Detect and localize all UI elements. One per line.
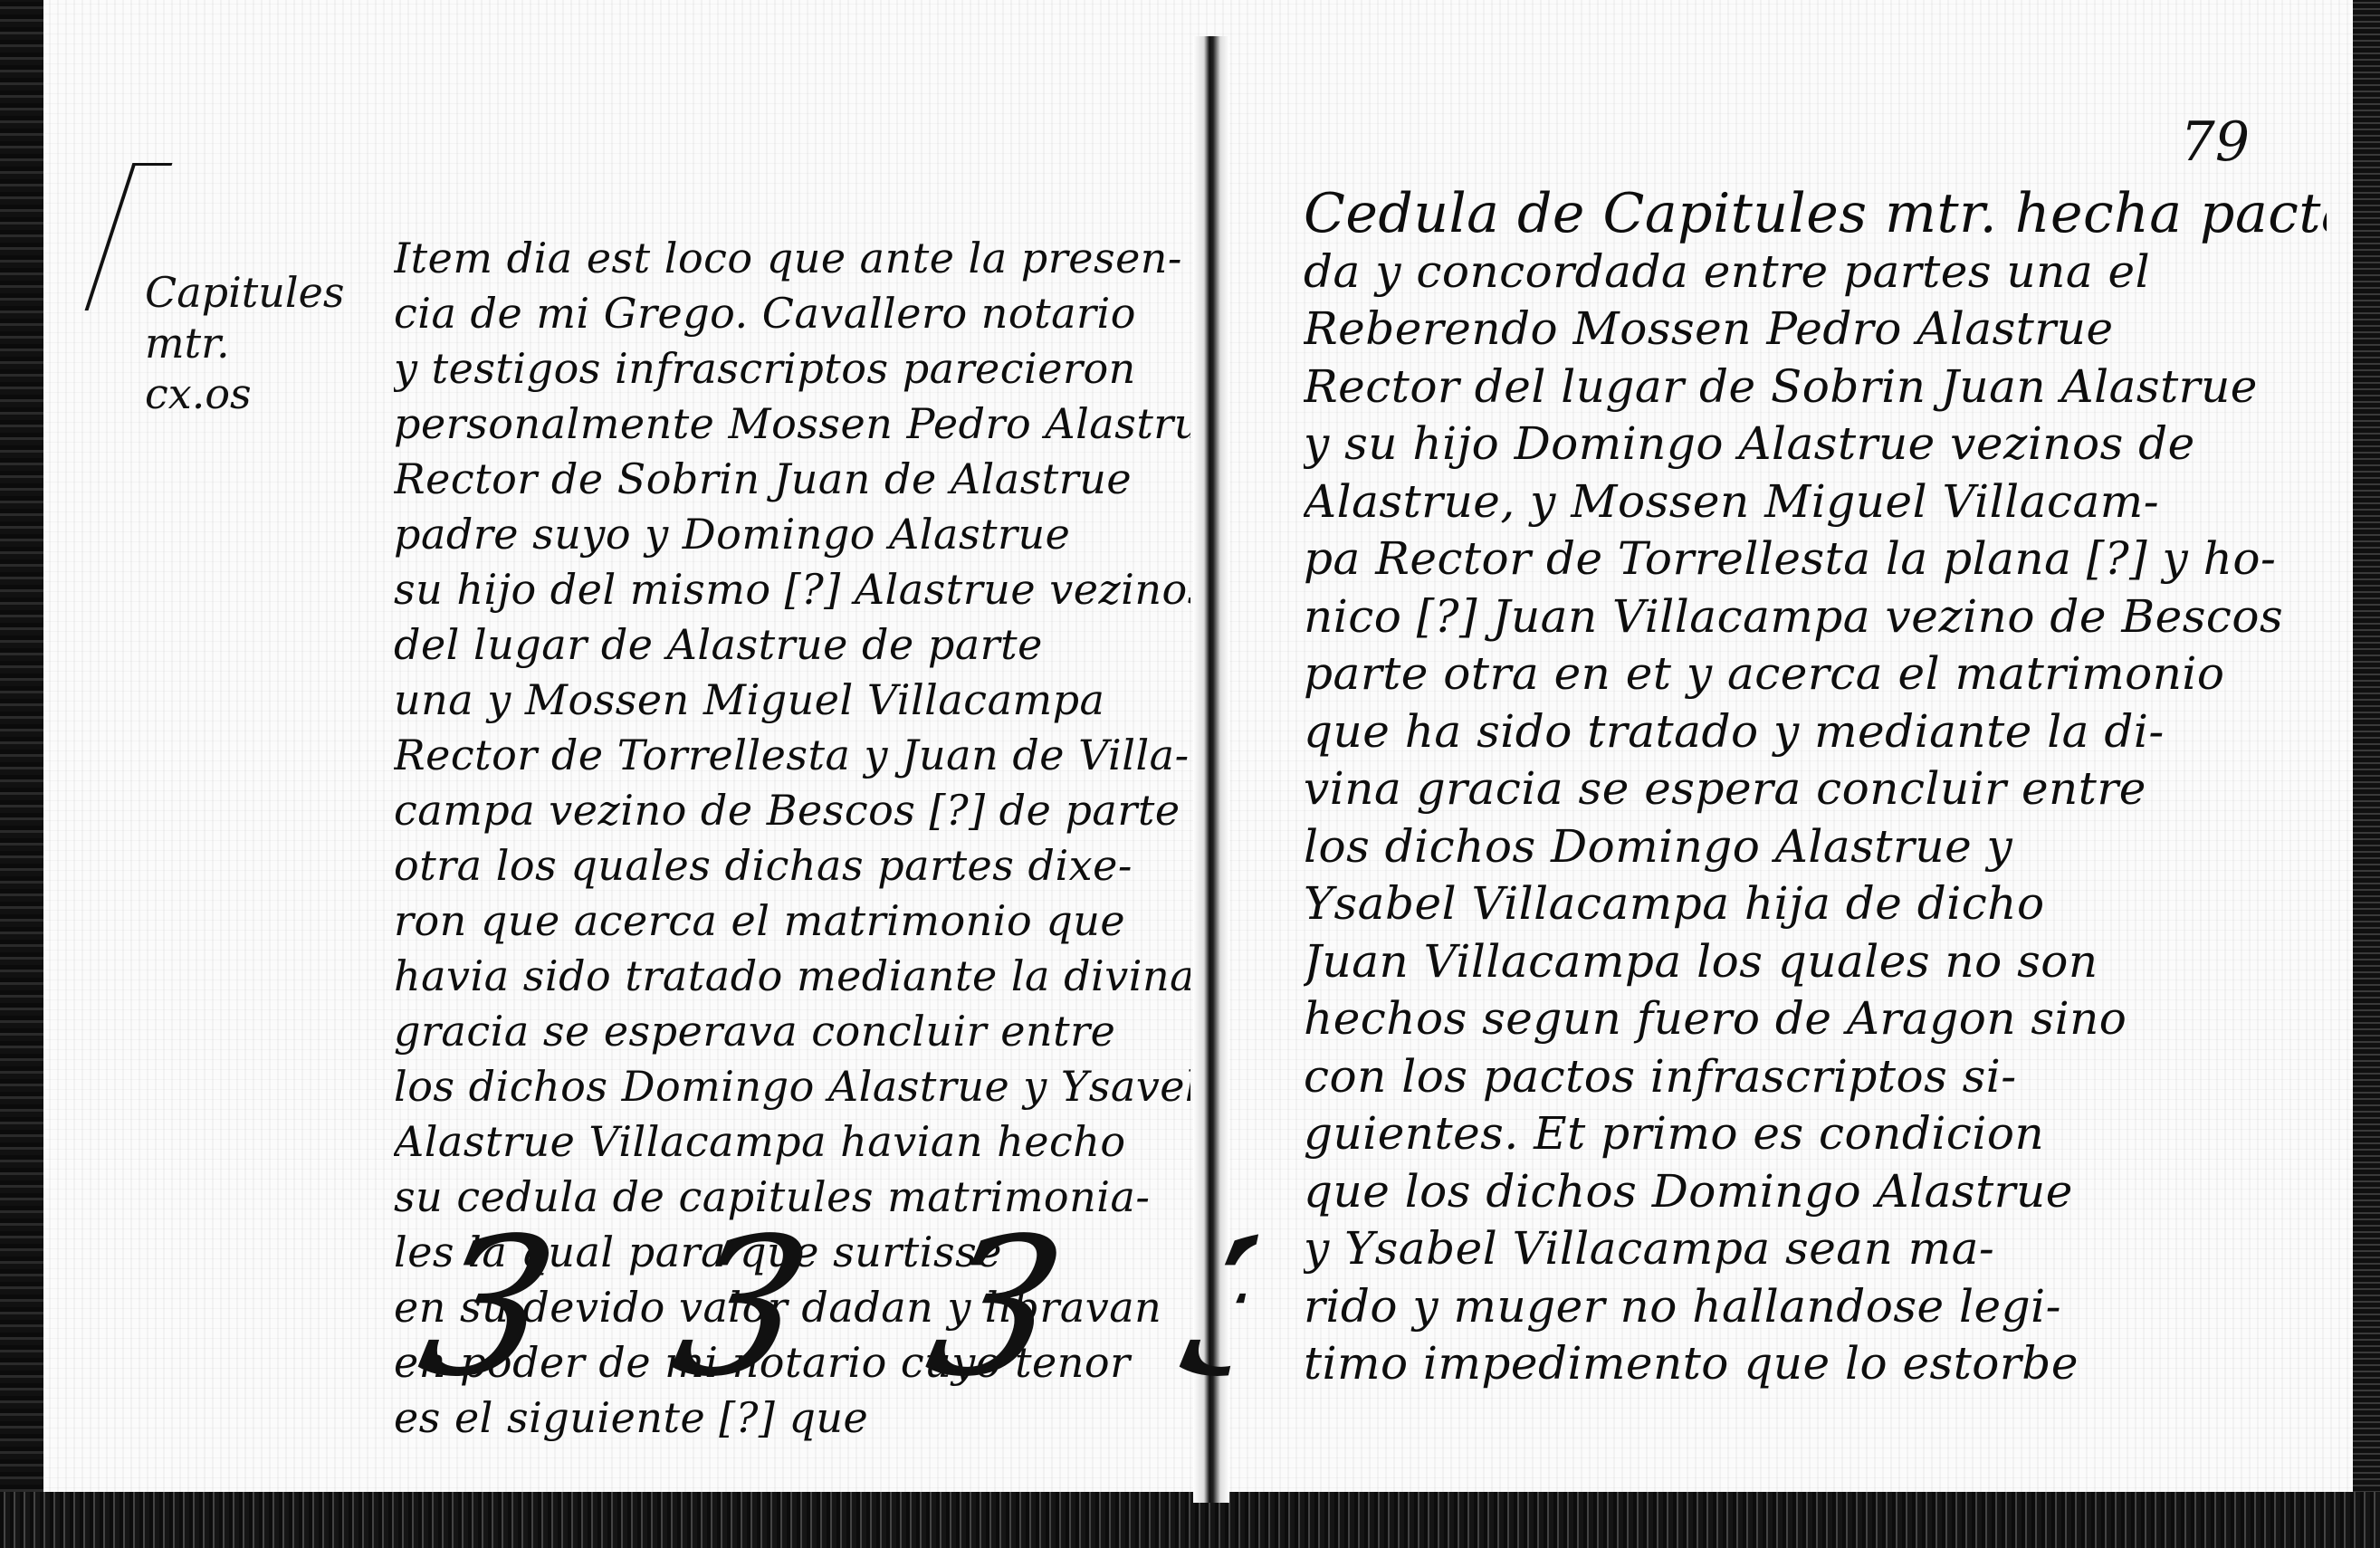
text-line: Rector de Torrellesta y Juan de Villa-	[394, 728, 1190, 783]
left-page: Capitules mtr. cx.os Item dia est loco q…	[54, 36, 1190, 1492]
text-line: del lugar de Alastrue de parte	[394, 617, 1190, 673]
text-line: padre suyo y Domingo Alastrue	[394, 507, 1190, 562]
text-line: personalmente Mossen Pedro Alastrue	[394, 397, 1190, 452]
text-line: Item dia est loco que ante la presen-	[394, 231, 1190, 286]
text-line: pa Rector de Torrellesta la plana [?] y …	[1304, 530, 2327, 588]
text-line: una y Mossen Miguel Villacampa	[394, 673, 1190, 728]
text-line: Ysabel Villacampa hija de dicho	[1304, 875, 2327, 933]
text-line: que ha sido tratado y mediante la di-	[1304, 703, 2327, 761]
text-line: rido y muger no hallandose legi-	[1304, 1278, 2327, 1336]
text-line: con los pactos infrascriptos si-	[1304, 1048, 2327, 1106]
text-line: ron que acerca el matrimonio que	[394, 893, 1190, 949]
right-page: 79 Cedula de Capitules mtr. hecha pacta …	[1236, 36, 2349, 1492]
text-line: y Ysabel Villacampa sean ma-	[1304, 1220, 2327, 1278]
text-line: los dichos Domingo Alastrue y Ysavel	[394, 1059, 1190, 1114]
text-line: havia sido tratado mediante la divina	[394, 949, 1190, 1004]
margin-note: Capitules mtr. cx.os	[145, 267, 380, 419]
text-line: guientes. Et primo es condicion	[1304, 1105, 2327, 1163]
margin-note-line: Capitules	[145, 267, 380, 318]
scan-border-left	[0, 0, 43, 1548]
text-line: Juan Villacampa los quales no son	[1304, 933, 2327, 991]
margin-note-line: cx.os	[145, 368, 380, 419]
text-line: campa vezino de Bescos [?] de parte	[394, 783, 1190, 838]
right-page-text: Cedula de Capitules mtr. hecha pacta da …	[1304, 186, 2327, 1393]
margin-note-line: mtr.	[145, 318, 380, 368]
text-line: Reberendo Mossen Pedro Alastrue	[1304, 301, 2327, 358]
text-line: Alastrue, y Mossen Miguel Villacam-	[1304, 473, 2327, 531]
folio-number: 79	[2181, 110, 2250, 174]
closing-flourish-rubric: 3 3 3 3 3 3 3	[385, 1213, 1263, 1512]
text-line: Rector del lugar de Sobrin Juan Alastrue	[1304, 358, 2327, 416]
text-line: timo impedimento que lo estorbe	[1304, 1335, 2327, 1393]
heading-line: Cedula de Capitules mtr. hecha pacta	[1304, 186, 2327, 244]
scan-border-right	[2353, 0, 2380, 1548]
text-line: da y concordada entre partes una el	[1304, 244, 2327, 301]
text-line: los dichos Domingo Alastrue y	[1304, 818, 2327, 876]
text-line: hechos segun fuero de Aragon sino	[1304, 990, 2327, 1048]
text-line: y testigos infrascriptos parecieron	[394, 341, 1190, 397]
text-line: gracia se esperava concluir entre	[394, 1004, 1190, 1059]
text-line: otra los quales dichas partes dixe-	[394, 838, 1190, 893]
text-line: Alastrue Villacampa havian hecho	[394, 1114, 1190, 1170]
text-line: vina gracia se espera concluir entre	[1304, 760, 2327, 818]
text-line: nico [?] Juan Villacampa vezino de Besco…	[1304, 588, 2327, 646]
text-line: y su hijo Domingo Alastrue vezinos de	[1304, 416, 2327, 473]
text-line: su hijo del mismo [?] Alastrue vezinos	[394, 562, 1190, 617]
text-line: cia de mi Grego. Cavallero notario	[394, 286, 1190, 341]
text-line: Rector de Sobrin Juan de Alastrue	[394, 452, 1190, 507]
text-line: que los dichos Domingo Alastrue	[1304, 1163, 2327, 1221]
text-line: parte otra en et y acerca el matrimonio	[1304, 645, 2327, 703]
